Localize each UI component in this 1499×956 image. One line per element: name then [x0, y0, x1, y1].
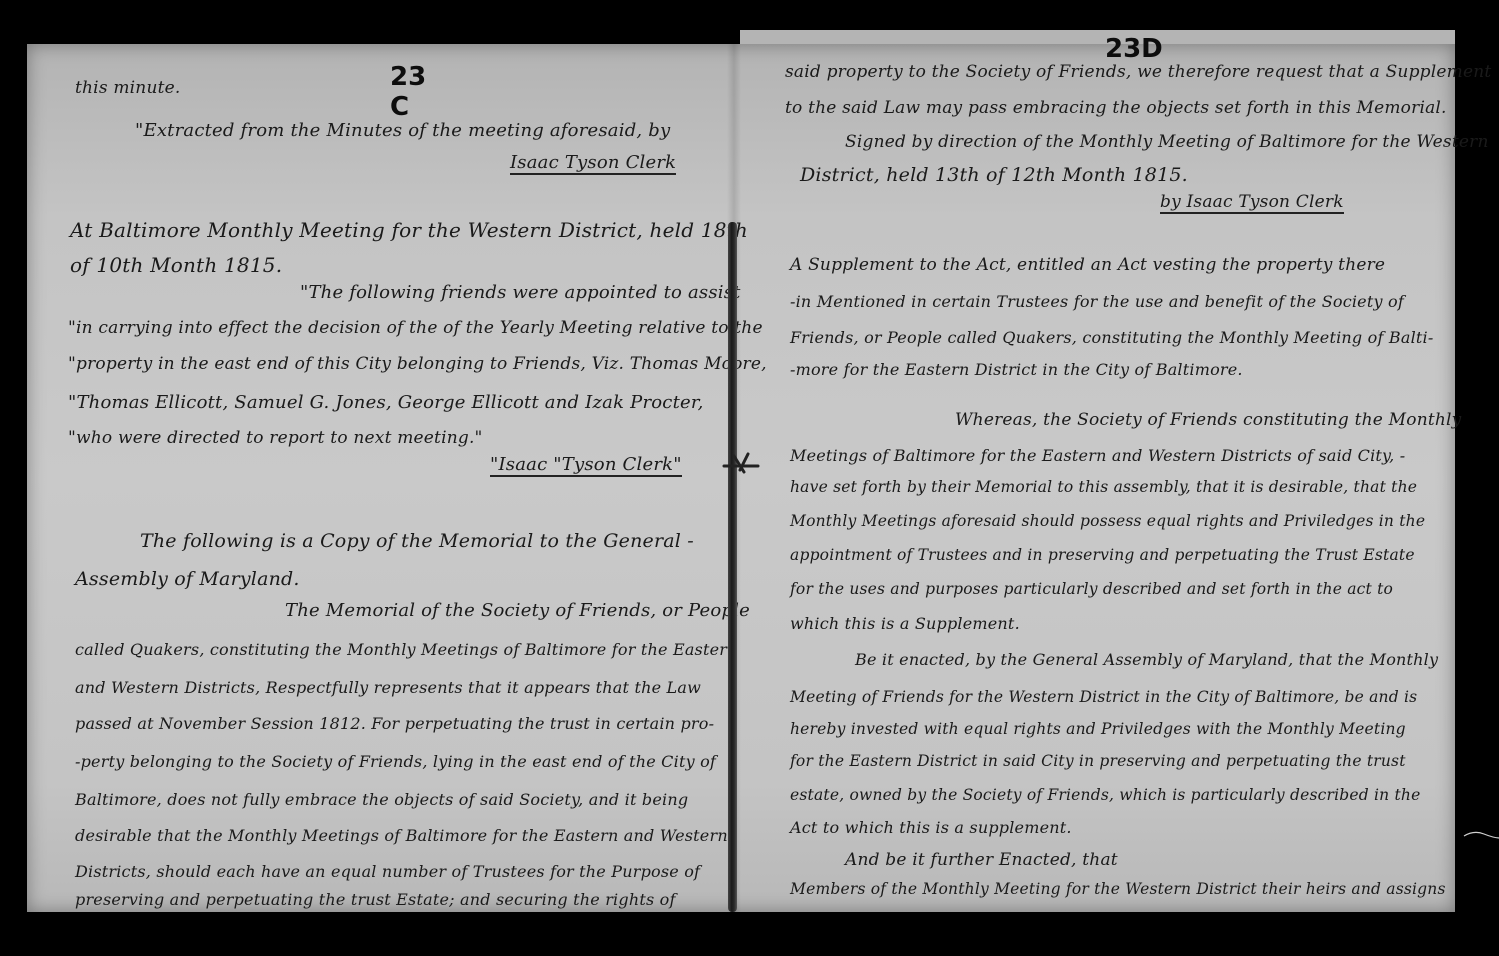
- text-line: -in Mentioned in certain Trustees for th…: [790, 292, 1404, 311]
- text-line: hereby invested with equal rights and Pr…: [790, 720, 1406, 738]
- text-line: this minute.: [75, 78, 181, 98]
- text-line: -perty belonging to the Society of Frien…: [75, 752, 716, 771]
- text-line: At Baltimore Monthly Meeting for the Wes…: [70, 218, 748, 242]
- text-line: "The following friends were appointed to…: [300, 282, 741, 303]
- text-line: The following is a Copy of the Memorial …: [140, 530, 694, 552]
- text-line: which this is a Supplement.: [790, 614, 1020, 633]
- text-line: "property in the east end of this City b…: [68, 354, 767, 374]
- stray-thread-icon: [1462, 830, 1499, 840]
- text-line: The Memorial of the Society of Friends, …: [285, 600, 750, 621]
- clerk-signature: Isaac Tyson Clerk: [510, 152, 676, 175]
- text-line: called Quakers, constituting the Monthly…: [75, 640, 738, 659]
- text-line: to the said Law may pass embracing the o…: [785, 98, 1447, 118]
- text-line: -more for the Eastern District in the Ci…: [790, 360, 1243, 379]
- text-line: A Supplement to the Act, entitled an Act…: [790, 255, 1385, 275]
- text-line: preserving and perpetuating the trust Es…: [75, 890, 676, 909]
- folio-number-right: 23D: [1105, 34, 1163, 64]
- text-line: "Extracted from the Minutes of the meeti…: [135, 120, 670, 141]
- text-line: "in carrying into effect the decision of…: [68, 318, 763, 338]
- text-line: for the Eastern District in said City in…: [790, 752, 1406, 770]
- binding-cord: [728, 222, 737, 912]
- text-line: of 10th Month 1815.: [70, 253, 282, 277]
- text-line: have set forth by their Memorial to this…: [790, 478, 1417, 496]
- text-line: Signed by direction of the Monthly Meeti…: [845, 132, 1489, 152]
- folio-number-left: 23 C: [390, 62, 426, 122]
- text-line: Baltimore, does not fully embrace the ob…: [75, 790, 688, 809]
- text-line: Members of the Monthly Meeting for the W…: [790, 880, 1446, 898]
- text-line: Be it enacted, by the General Assembly o…: [855, 650, 1438, 669]
- text-line: Whereas, the Society of Friends constitu…: [955, 410, 1461, 430]
- text-line: And be it further Enacted, that: [845, 850, 1118, 870]
- text-line: estate, owned by the Society of Friends,…: [790, 786, 1420, 804]
- text-line: Meeting of Friends for the Western Distr…: [790, 688, 1417, 706]
- text-line: Assembly of Maryland.: [75, 568, 300, 590]
- clerk-signature: "Isaac "Tyson Clerk": [490, 454, 682, 477]
- text-line: said property to the Society of Friends,…: [785, 62, 1491, 82]
- text-line: for the uses and purposes particularly d…: [790, 580, 1393, 598]
- text-line: appointment of Trustees and in preservin…: [790, 546, 1415, 564]
- text-line: District, held 13th of 12th Month 1815.: [800, 164, 1188, 186]
- text-line: Meetings of Baltimore for the Eastern an…: [790, 446, 1405, 465]
- text-line: Monthly Meetings aforesaid should posses…: [790, 512, 1425, 530]
- cord-knot-icon: [722, 450, 760, 476]
- text-line: and Western Districts, Respectfully repr…: [75, 678, 701, 697]
- text-line: Act to which this is a supplement.: [790, 818, 1072, 837]
- text-line: desirable that the Monthly Meetings of B…: [75, 826, 728, 845]
- text-line: Districts, should each have an equal num…: [75, 862, 700, 881]
- text-line: "who were directed to report to next mee…: [68, 428, 483, 448]
- clerk-signature: by Isaac Tyson Clerk: [1160, 192, 1344, 214]
- text-line: passed at November Session 1812. For per…: [75, 714, 714, 733]
- text-line: "Thomas Ellicott, Samuel G. Jones, Georg…: [68, 392, 704, 413]
- text-line: Friends, or People called Quakers, const…: [790, 328, 1433, 347]
